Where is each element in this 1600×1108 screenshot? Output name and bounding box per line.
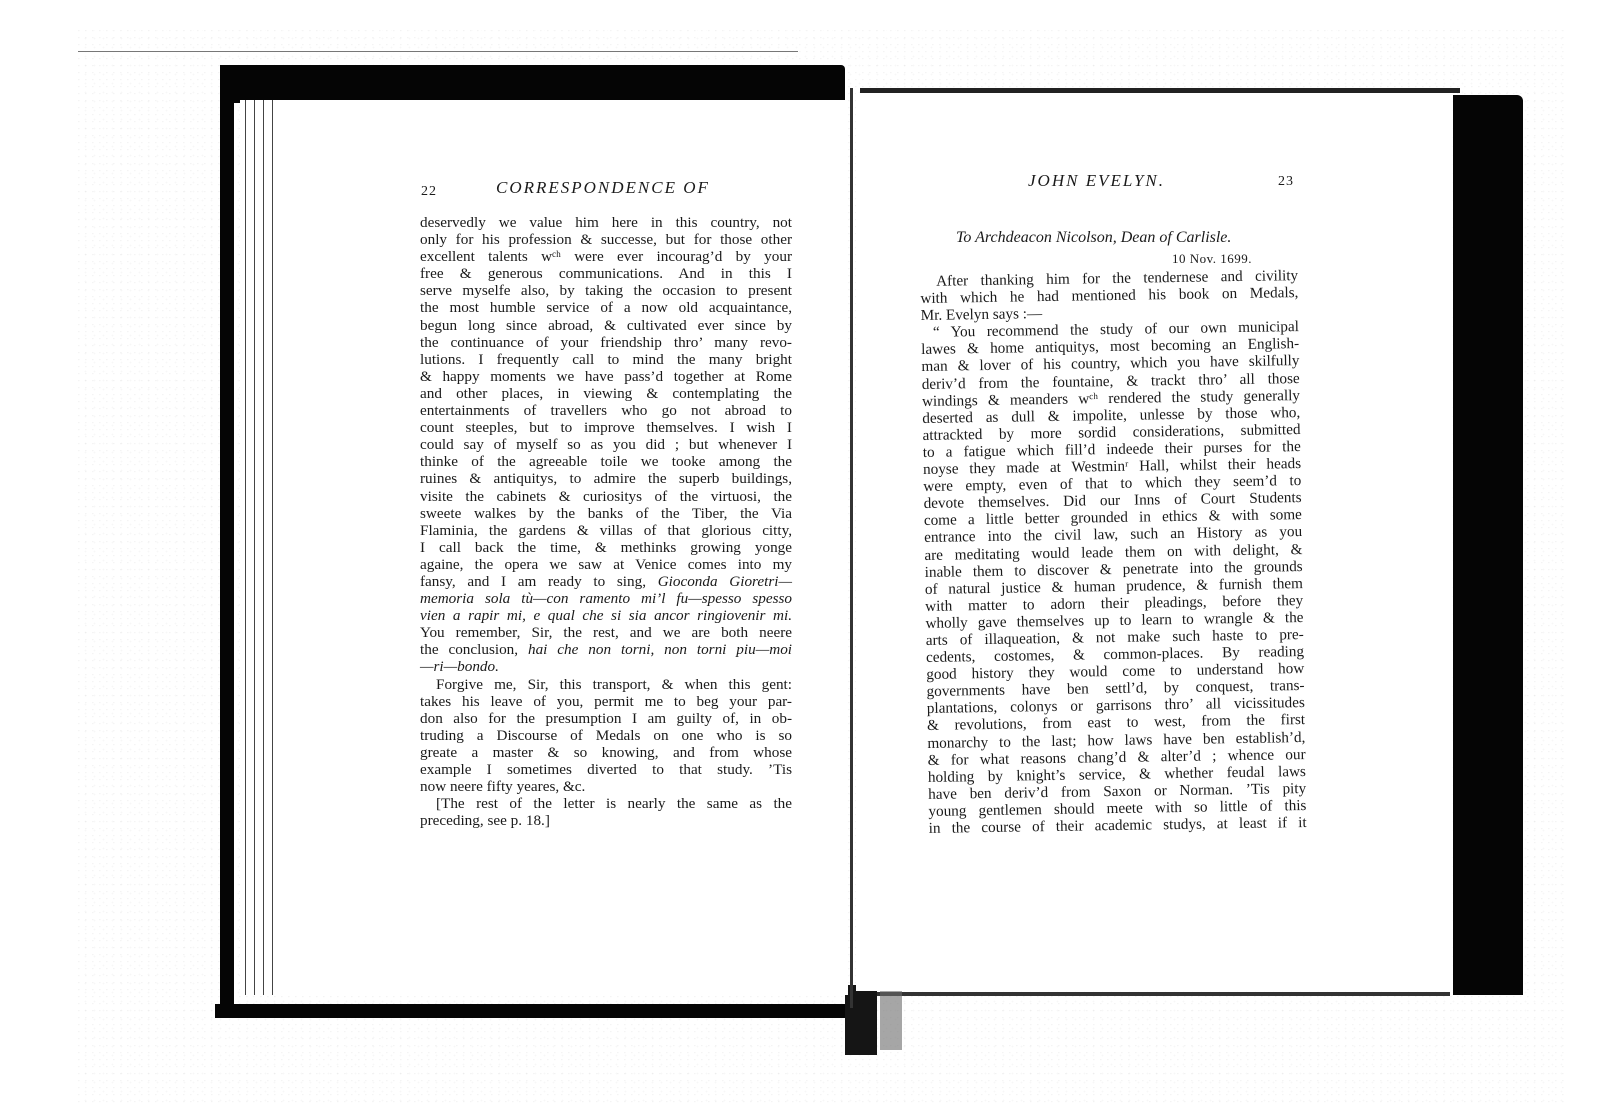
running-head-left: CORRESPONDENCE OF (496, 178, 710, 198)
text-line: Flaminia, the gardens & villas of that g… (420, 522, 792, 539)
letter-heading: To Archdeacon Nicolson, Dean of Carlisle… (956, 229, 1231, 247)
italic-quote: hai che non torni, non torni piu—moi (528, 641, 792, 658)
text-line: truding a Discourse of Medals on one who… (420, 727, 792, 744)
text-line: serve myselfe also, by taking the occasi… (420, 282, 792, 299)
left-page-body: deservedly we value him here in this cou… (420, 214, 792, 829)
text-line: the continuance of your friendship thro’… (420, 334, 792, 351)
text-line: could say of myself so as you did ; but … (420, 436, 792, 453)
text-line: count steeples, but to improve themselve… (420, 419, 792, 436)
text-line: now neere fifty yeares, &c. (420, 778, 792, 795)
text-line: entertainments of travellers who go not … (420, 402, 792, 419)
text-line: and other places, in viewing & contempla… (420, 385, 792, 402)
text-line: ruines & antiquitys, to admire the super… (420, 470, 792, 487)
italic-quote-line: —ri—bondo. (420, 658, 792, 675)
italic-quote-line: memoria sola tù—con ramento mi’l fu—spes… (420, 590, 792, 607)
text-line: sweete walkes by the banks of the Tiber,… (420, 505, 792, 522)
text-line: example I sometimes diverted to that stu… (420, 761, 792, 778)
text-line: begun long since abroad, & cultivated ev… (420, 317, 792, 334)
book-cover-top-edge-left (220, 65, 845, 103)
book-cover-right-edge (1453, 95, 1523, 995)
editorial-note: [The rest of the letter is nearly the sa… (420, 795, 792, 812)
left-page: 22 CORRESPONDENCE OF deservedly we value… (276, 100, 848, 995)
text-line: only for his profession & successe, but … (420, 231, 792, 248)
italic-quote-line: vien a rapir mi, e qual che si sia ancor… (420, 607, 792, 624)
text-line-mixed: the conclusion, hai che non torni, non t… (420, 641, 792, 658)
book-cover-bottom-edge-left (215, 1004, 855, 1018)
book-cover-left-edge (220, 65, 234, 1015)
text-line: visite the cabinets & curiositys of the … (420, 488, 792, 505)
text-line: & happy moments we have pass’d together … (420, 368, 792, 385)
text-line: lutions. I frequently call to mind the m… (420, 351, 792, 368)
text-line: don also for the presumption I am guilty… (420, 710, 792, 727)
text-line: the most humble service of a now old acq… (420, 299, 792, 316)
page-leaf-edges (240, 100, 276, 995)
right-page: JOHN EVELYN. 23 To Archdeacon Nicolson, … (856, 93, 1452, 991)
text-line: You remember, Sir, the rest, and we are … (420, 624, 792, 641)
text-fragment: the conclusion, (420, 641, 528, 658)
text-line: thinke of the agreeable toile we tooke a… (420, 453, 792, 470)
running-head-right: JOHN EVELYN. (1028, 171, 1165, 191)
page-number-left: 22 (421, 184, 437, 200)
letter-date: 10 Nov. 1699. (1172, 251, 1252, 267)
scan-top-edge (78, 32, 798, 52)
text-line: I call back the time, & methinks growing… (420, 539, 792, 556)
text-line-mixed: fansy, and I am ready to sing, Gioconda … (420, 573, 792, 590)
right-page-body: After thanking him for the tendernese an… (920, 267, 1307, 837)
text-line: deservedly we value him here in this cou… (420, 214, 792, 231)
page-number-right: 23 (1278, 174, 1294, 190)
text-line: greate a master & so knowing, and from w… (420, 744, 792, 761)
editorial-note: preceding, see p. 18.] (420, 812, 792, 829)
book-spine-bottom-shadow (880, 990, 902, 1050)
text-line: excellent talents wᶜʰ were ever incourag… (420, 248, 792, 265)
text-fragment: fansy, and I am ready to sing, (420, 573, 658, 590)
paragraph-start: Forgive me, Sir, this transport, & when … (420, 676, 792, 693)
book-gutter (850, 88, 853, 1008)
text-line: againe, the opera we saw at Venice comes… (420, 556, 792, 573)
text-line: takes his leave of you, permit me to beg… (420, 693, 792, 710)
italic-quote: Gioconda Gioretri— (658, 573, 792, 590)
text-line: free & generous communications. And in t… (420, 265, 792, 282)
book-cover-bottom-edge-right (860, 992, 1450, 996)
